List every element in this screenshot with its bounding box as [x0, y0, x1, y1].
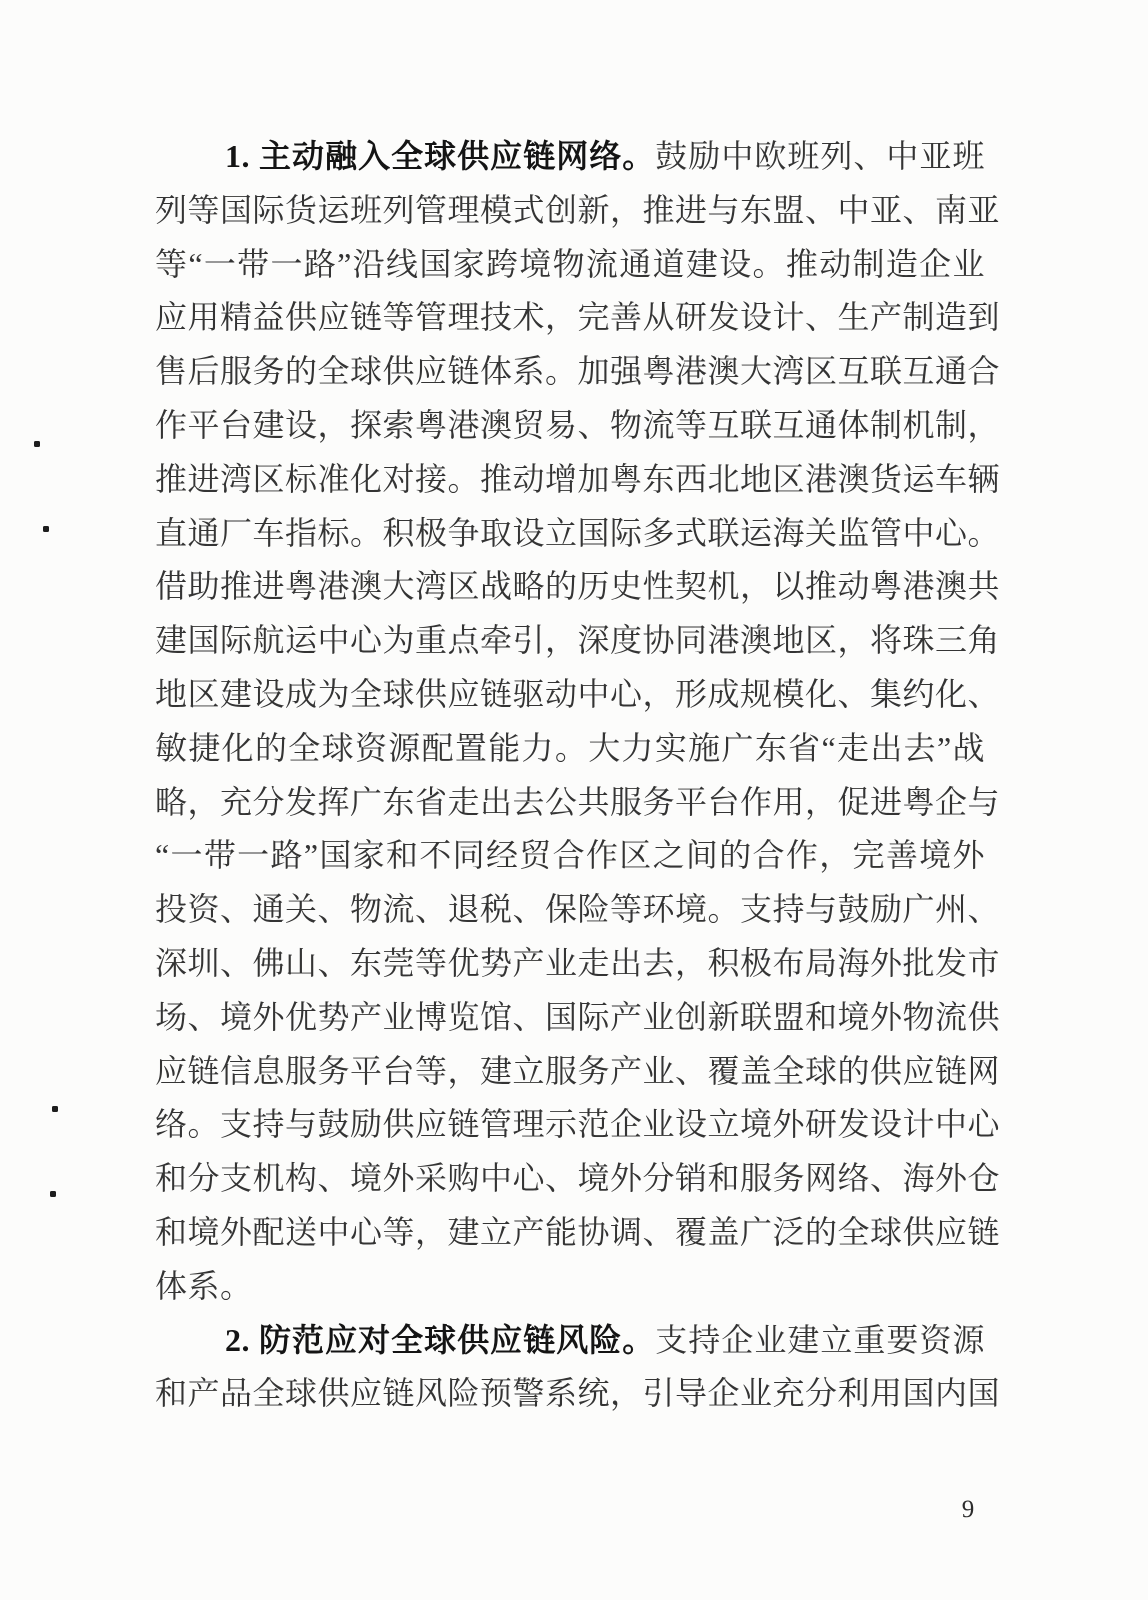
text-line: 作平台建设，探索粤港澳贸易、物流等互联互通体制机制，	[155, 399, 985, 453]
text-line: 应链信息服务平台等，建立服务产业、覆盖全球的供应链网	[155, 1045, 985, 1099]
line-text: 等“一带一路”沿线国家跨境物流通道建设。推动制造企业	[155, 246, 985, 282]
text-line: 1. 主动融入全球供应链网络。鼓励中欧班列、中亚班	[155, 130, 985, 184]
text-line: 地区建设成为全球供应链驱动中心，形成规模化、集约化、	[155, 668, 985, 722]
line-text: “一带一路”国家和不同经贸合作区之间的合作，完善境外	[155, 837, 985, 873]
line-text: 支持企业建立重要资源	[655, 1322, 985, 1358]
line-text: 借助推进粤港澳大湾区战略的历史性契机，以推动粤港澳共	[155, 568, 1000, 604]
line-text: 应链信息服务平台等，建立服务产业、覆盖全球的供应链网	[155, 1053, 1000, 1089]
line-text: 敏捷化的全球资源配置能力。大力实施广东省“走出去”战	[155, 730, 985, 766]
line-text: 络。支持与鼓励供应链管理示范企业设立境外研发设计中心	[155, 1106, 1000, 1142]
text-line: 和分支机构、境外采购中心、境外分销和服务网络、海外仓	[155, 1152, 985, 1206]
paragraph: 2. 防范应对全球供应链风险。支持企业建立重要资源和产品全球供应链风险预警系统，…	[155, 1314, 985, 1422]
text-line: 和产品全球供应链风险预警系统，引导企业充分利用国内国	[155, 1367, 985, 1421]
line-text: 地区建设成为全球供应链驱动中心，形成规模化、集约化、	[155, 676, 1000, 712]
line-text: 深圳、佛山、东莞等优势产业走出去，积极布局海外批发市	[155, 945, 1000, 981]
text-line: 建国际航运中心为重点牵引，深度协同港澳地区，将珠三角	[155, 614, 985, 668]
text-line: 略，充分发挥广东省走出去公共服务平台作用，促进粤企与	[155, 776, 985, 830]
text-line: 应用精益供应链等管理技术，完善从研发设计、生产制造到	[155, 291, 985, 345]
line-text: 和分支机构、境外采购中心、境外分销和服务网络、海外仓	[155, 1160, 1000, 1196]
section-heading: 2. 防范应对全球供应链风险。	[225, 1322, 655, 1358]
margin-dot	[52, 1106, 58, 1112]
section-heading: 1. 主动融入全球供应链网络。	[225, 138, 655, 174]
margin-dot	[34, 441, 40, 447]
text-line: 和境外配送中心等，建立产能协调、覆盖广泛的全球供应链	[155, 1206, 985, 1260]
line-text: 鼓励中欧班列、中亚班	[655, 138, 985, 174]
line-text: 略，充分发挥广东省走出去公共服务平台作用，促进粤企与	[155, 784, 1000, 820]
line-text: 售后服务的全球供应链体系。加强粤港澳大湾区互联互通合	[155, 353, 1000, 389]
text-line: 售后服务的全球供应链体系。加强粤港澳大湾区互联互通合	[155, 345, 985, 399]
line-text: 体系。	[155, 1268, 253, 1304]
text-line: 推进湾区标准化对接。推动增加粤东西北地区港澳货运车辆	[155, 453, 985, 507]
text-line: 敏捷化的全球资源配置能力。大力实施广东省“走出去”战	[155, 722, 985, 776]
line-text: 列等国际货运班列管理模式创新，推进与东盟、中亚、南亚	[155, 192, 1000, 228]
text-line: 场、境外优势产业博览馆、国际产业创新联盟和境外物流供	[155, 991, 985, 1045]
text-line: 体系。	[155, 1260, 985, 1314]
text-line: 投资、通关、物流、退税、保险等环境。支持与鼓励广州、	[155, 883, 985, 937]
document-page: 1. 主动融入全球供应链网络。鼓励中欧班列、中亚班列等国际货运班列管理模式创新，…	[0, 0, 1148, 1600]
paragraph: 1. 主动融入全球供应链网络。鼓励中欧班列、中亚班列等国际货运班列管理模式创新，…	[155, 130, 985, 1314]
line-text: 投资、通关、物流、退税、保险等环境。支持与鼓励广州、	[155, 891, 1000, 927]
line-text: 直通厂车指标。积极争取设立国际多式联运海关监管中心。	[155, 515, 1000, 551]
text-line: 深圳、佛山、东莞等优势产业走出去，积极布局海外批发市	[155, 937, 985, 991]
text-line: 直通厂车指标。积极争取设立国际多式联运海关监管中心。	[155, 507, 985, 561]
text-line: 络。支持与鼓励供应链管理示范企业设立境外研发设计中心	[155, 1098, 985, 1152]
text-line: 2. 防范应对全球供应链风险。支持企业建立重要资源	[155, 1314, 985, 1368]
line-text: 和产品全球供应链风险预警系统，引导企业充分利用国内国	[155, 1375, 1000, 1411]
text-line: 借助推进粤港澳大湾区战略的历史性契机，以推动粤港澳共	[155, 560, 985, 614]
margin-dot	[50, 1191, 56, 1197]
line-text: 场、境外优势产业博览馆、国际产业创新联盟和境外物流供	[155, 999, 1000, 1035]
line-text: 作平台建设，探索粤港澳贸易、物流等互联互通体制机制，	[155, 407, 1000, 443]
line-text: 和境外配送中心等，建立产能协调、覆盖广泛的全球供应链	[155, 1214, 1000, 1250]
text-line: “一带一路”国家和不同经贸合作区之间的合作，完善境外	[155, 829, 985, 883]
line-text: 建国际航运中心为重点牵引，深度协同港澳地区，将珠三角	[155, 622, 1000, 658]
line-text: 应用精益供应链等管理技术，完善从研发设计、生产制造到	[155, 299, 1000, 335]
text-line: 等“一带一路”沿线国家跨境物流通道建设。推动制造企业	[155, 238, 985, 292]
text-block: 1. 主动融入全球供应链网络。鼓励中欧班列、中亚班列等国际货运班列管理模式创新，…	[155, 130, 985, 1421]
page-number: 9	[948, 1496, 988, 1524]
line-text: 推进湾区标准化对接。推动增加粤东西北地区港澳货运车辆	[155, 461, 1000, 497]
text-line: 列等国际货运班列管理模式创新，推进与东盟、中亚、南亚	[155, 184, 985, 238]
margin-dot	[43, 526, 49, 532]
